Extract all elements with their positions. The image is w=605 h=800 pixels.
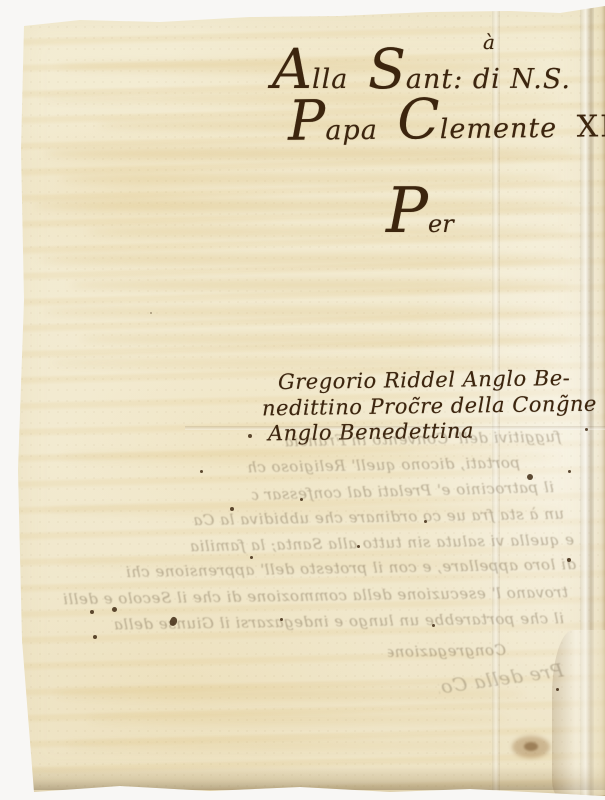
bleedthrough-line: il patrocinio e' Prelati dal confessar c… [252,478,554,504]
paper-stain [60,558,560,568]
bleedthrough-line: portati, dicono quell' Religioso che [248,454,520,477]
ink-speck [300,498,303,501]
ink-speck [150,312,152,314]
paper-stain [80,334,570,344]
paper-stain [60,174,560,184]
paper-stain [55,688,525,700]
ink-speck [556,688,559,691]
paper-stain [60,452,560,462]
ink-speck [93,635,97,639]
manuscript-paper: à Alla Sant: di N.S. Papa Clemente XI Pe… [0,0,605,800]
paper-stain [44,307,564,317]
ink-speck [250,556,253,559]
bleedthrough-line: un à sta fra ue co ordinare che ubbidiva… [192,505,564,529]
ink-speck [585,428,588,431]
addressee-line-2: nedittino Proc̃re della Cong̃ne [262,392,597,421]
paper-stain [40,254,570,265]
torn-corner-shading [552,630,605,795]
bottom-edge-shadow [20,766,605,790]
paper-stain [88,714,508,724]
bleedthrough-line: e quella vi saluta sin tutto alla Santa;… [186,531,574,556]
ink-speck [567,558,571,562]
paper-stain [88,227,568,237]
bleedthrough-line: il che portarebbe un lungo e indegazarsi… [28,609,564,634]
bleedthrough-line: Congregazione [388,641,506,661]
bleedthrough-line: trovano l' esecuzione della commozione d… [26,583,568,609]
stain-blot [524,742,538,751]
ink-speck [112,607,117,612]
heading-word-clemente: Clemente [397,89,558,161]
addressee-line-1: Gregorio Riddel Anglo Be- [278,366,571,394]
ink-speck [568,470,571,473]
ink-speck [432,624,435,627]
ink-speck [90,610,94,614]
ink-speck [230,507,234,511]
ink-speck [357,545,360,548]
paper-stain [45,505,565,515]
salutation-per: Per [386,176,454,246]
heading-numeral-xi: XI [577,109,605,144]
heading-word-papa: Papa [288,91,378,162]
bleedthrough-line: di loro appellare, e con il protesto del… [28,555,576,583]
ink-speck [168,616,179,627]
ink-speck [248,434,252,438]
ink-speck [200,470,203,473]
addressee-line-3: Anglo Benedettina [268,419,474,446]
heading-line-2: Papa Clemente XI [288,88,605,151]
paper-stain [34,200,574,211]
bleedthrough-signature: Pre della Cong [437,659,565,698]
paper-stain [66,740,506,750]
scan-background: à Alla Sant: di N.S. Papa Clemente XI Pe… [0,0,605,800]
ink-speck [527,474,533,480]
ink-speck [280,618,283,621]
ink-speck [424,520,427,523]
paper-stain [70,280,570,290]
